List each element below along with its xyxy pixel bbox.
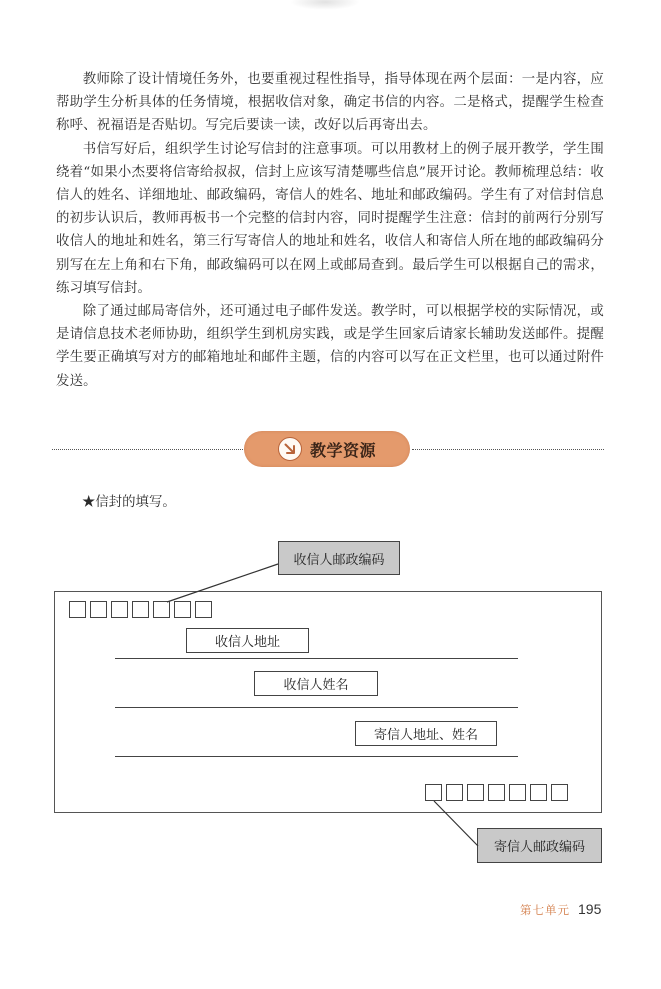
zip-box — [153, 601, 170, 618]
page-number: 195 — [578, 901, 601, 917]
zip-box — [195, 601, 212, 618]
label-sender-zip: 寄信人邮政编码 — [477, 828, 602, 863]
zip-box — [467, 784, 484, 801]
label-recipient-zip: 收信人邮政编码 — [278, 541, 400, 575]
zip-box — [174, 601, 191, 618]
paragraph-guidance: 教师除了设计情境任务外，也要重视过程性指导，指导体现在两个层面：一是内容，应帮助… — [56, 68, 604, 138]
scan-smudge — [290, 0, 360, 10]
sender-zip-boxes — [425, 784, 568, 801]
resource-caption: ★信封的填写。 — [82, 491, 176, 510]
address-line-3 — [115, 756, 518, 757]
zip-box — [425, 784, 442, 801]
label-sender-address-name: 寄信人地址、姓名 — [355, 721, 497, 746]
zip-box — [488, 784, 505, 801]
zip-box — [509, 784, 526, 801]
zip-box — [111, 601, 128, 618]
zip-box — [446, 784, 463, 801]
arrow-down-right-circle-icon — [278, 437, 302, 461]
zip-box — [530, 784, 547, 801]
zip-box — [69, 601, 86, 618]
label-recipient-address: 收信人地址 — [186, 628, 309, 653]
body-text: 教师除了设计情境任务外，也要重视过程性指导，指导体现在两个层面：一是内容，应帮助… — [56, 68, 604, 393]
label-recipient-name: 收信人姓名 — [254, 671, 378, 696]
address-line-1 — [115, 658, 518, 659]
zip-box — [551, 784, 568, 801]
zip-box — [132, 601, 149, 618]
recipient-zip-boxes — [69, 601, 212, 618]
dotted-rule-left — [52, 449, 247, 450]
dotted-rule-right — [412, 449, 604, 450]
address-line-2 — [115, 707, 518, 708]
unit-label: 第七单元 — [520, 902, 570, 918]
teaching-resources-banner: 教学资源 — [244, 431, 410, 467]
envelope-diagram — [54, 591, 602, 813]
page-footer: 第七单元 195 — [520, 901, 601, 918]
paragraph-envelope-discussion: 书信写好后，组织学生讨论写信封的注意事项。可以用教材上的例子展开教学，学生围绕着… — [56, 138, 604, 300]
banner-label: 教学资源 — [310, 438, 376, 461]
zip-box — [90, 601, 107, 618]
paragraph-email: 除了通过邮局寄信外，还可通过电子邮件发送。教学时，可以根据学校的实际情况，或是请… — [56, 300, 604, 393]
section-divider: 教学资源 — [52, 431, 604, 467]
